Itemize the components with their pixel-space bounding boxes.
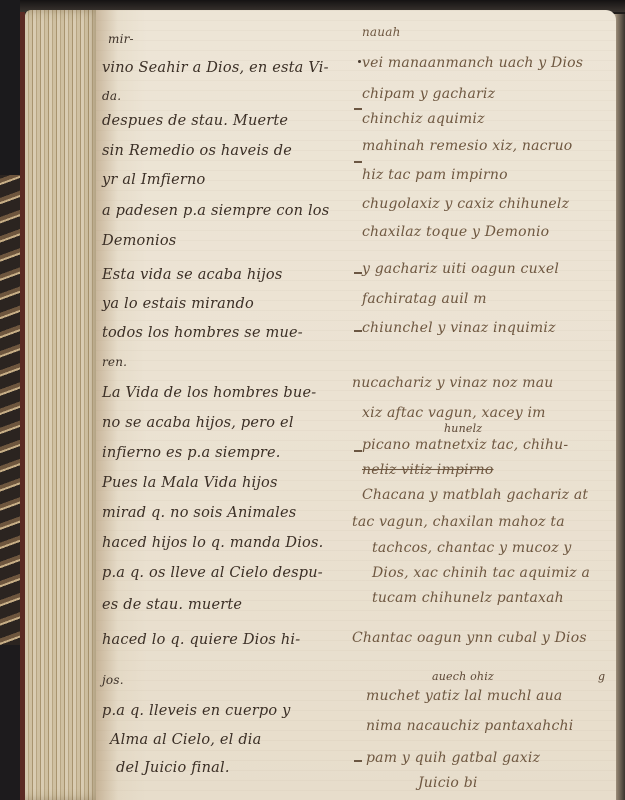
text-line-struck: neliz vitiz impirno xyxy=(362,462,494,478)
cover-board-top xyxy=(0,0,22,175)
text-line: vino Seahir a Dios, en esta Vi- xyxy=(102,60,329,76)
line-dash xyxy=(354,272,362,274)
line-dash xyxy=(354,330,362,332)
text-line: haced lo q. quiere Dios hi- xyxy=(102,632,300,648)
text-line: chipam y gachariz xyxy=(362,86,495,102)
text-line: Pues la Mala Vida hijos xyxy=(102,475,278,491)
text-line: fachiratag auil m xyxy=(362,291,487,307)
text-line: pam y quih gatbal gaxiz xyxy=(366,750,540,766)
text-line: Demonios xyxy=(102,233,176,249)
text-line: jos. xyxy=(102,673,124,687)
text-line: Juicio bi xyxy=(418,775,478,791)
line-dash xyxy=(354,108,362,110)
text-line: p.a q. lleveis en cuerpo y xyxy=(102,703,290,719)
page-edges xyxy=(25,10,100,800)
text-line: chinchiz aquimiz xyxy=(362,111,485,127)
text-line: mahinah remesio xiz, nacruo xyxy=(362,138,572,154)
text-line: no se acaba hijos, pero el xyxy=(102,415,294,431)
text-line: xiz aftac vagun, xacey im xyxy=(362,405,546,421)
text-line: nima nacauchiz pantaxahchi xyxy=(366,718,573,734)
text-line: yr al Imfierno xyxy=(102,172,206,188)
line-dash xyxy=(354,161,362,163)
text-line: y gachariz uiti oagun cuxel xyxy=(362,261,559,277)
text-line: picano matnetxiz tac, chihu- xyxy=(362,437,568,453)
text-line: a padesen p.a siempre con los xyxy=(102,203,329,219)
text-line: chaxilaz toque y Demonio xyxy=(362,224,549,240)
manuscript-photo: mir- vino Seahir a Dios, en esta Vi- da.… xyxy=(0,0,625,800)
text-line: ren. xyxy=(102,355,127,369)
text-line: p.a q. os lleve al Cielo despu- xyxy=(102,565,323,581)
text-line: nucachariz y vinaz noz mau xyxy=(352,375,553,391)
text-line: ya lo estais mirando xyxy=(102,296,254,312)
text-line: Dios, xac chinih tac aquimiz a xyxy=(372,565,590,581)
text-line: Chacana y matblah gachariz at xyxy=(362,487,588,503)
text-line: chiunchel y vinaz inquimiz xyxy=(362,320,556,336)
line-dash xyxy=(354,450,362,452)
text-line: Alma al Cielo, el dia xyxy=(110,732,262,748)
text-line: hiz tac pam impirno xyxy=(362,167,508,183)
ink-blot xyxy=(358,60,361,63)
text-line: mirad q. no sois Animales xyxy=(102,505,296,521)
text-line: tachcos, chantac y mucoz y xyxy=(372,540,572,556)
text-line: vei manaanmanch uach y Dios xyxy=(362,55,583,71)
text-line: despues de stau. Muerte xyxy=(102,113,288,129)
line-dash xyxy=(354,760,362,762)
text-line: Chantac oagun ynn cubal y Dios xyxy=(352,630,587,646)
text-line: La Vida de los hombres bue- xyxy=(102,385,316,401)
text-line: tucam chihunelz pantaxah xyxy=(372,590,564,606)
text-line: del Juicio final. xyxy=(116,760,230,776)
text-line: sin Remedio os haveis de xyxy=(102,143,292,159)
cover-board-bottom xyxy=(0,645,22,800)
text-line: es de stau. muerte xyxy=(102,597,242,613)
manuscript-leaf: mir- vino Seahir a Dios, en esta Vi- da.… xyxy=(96,10,616,800)
text-line: chugolaxiz y caxiz chihunelz xyxy=(362,196,569,212)
text-line: muchet yatiz lal muchl aua xyxy=(366,688,562,704)
text-line: mir- xyxy=(108,32,134,46)
text-line: tac vagun, chaxilan mahoz ta xyxy=(352,514,565,530)
text-line: infierno es p.a siempre. xyxy=(102,445,281,461)
text-line: nauah xyxy=(362,25,401,39)
interlinear-correction: auech ohiz xyxy=(432,670,494,683)
text-line: haced hijos lo q. manda Dios. xyxy=(102,535,323,551)
text-line: todos los hombres se mue- xyxy=(102,325,303,341)
interlinear-correction: g xyxy=(598,670,605,683)
text-line: Esta vida se acaba hijos xyxy=(102,267,283,283)
interlinear-correction: hunelz xyxy=(444,422,482,435)
text-line: da. xyxy=(102,89,121,103)
